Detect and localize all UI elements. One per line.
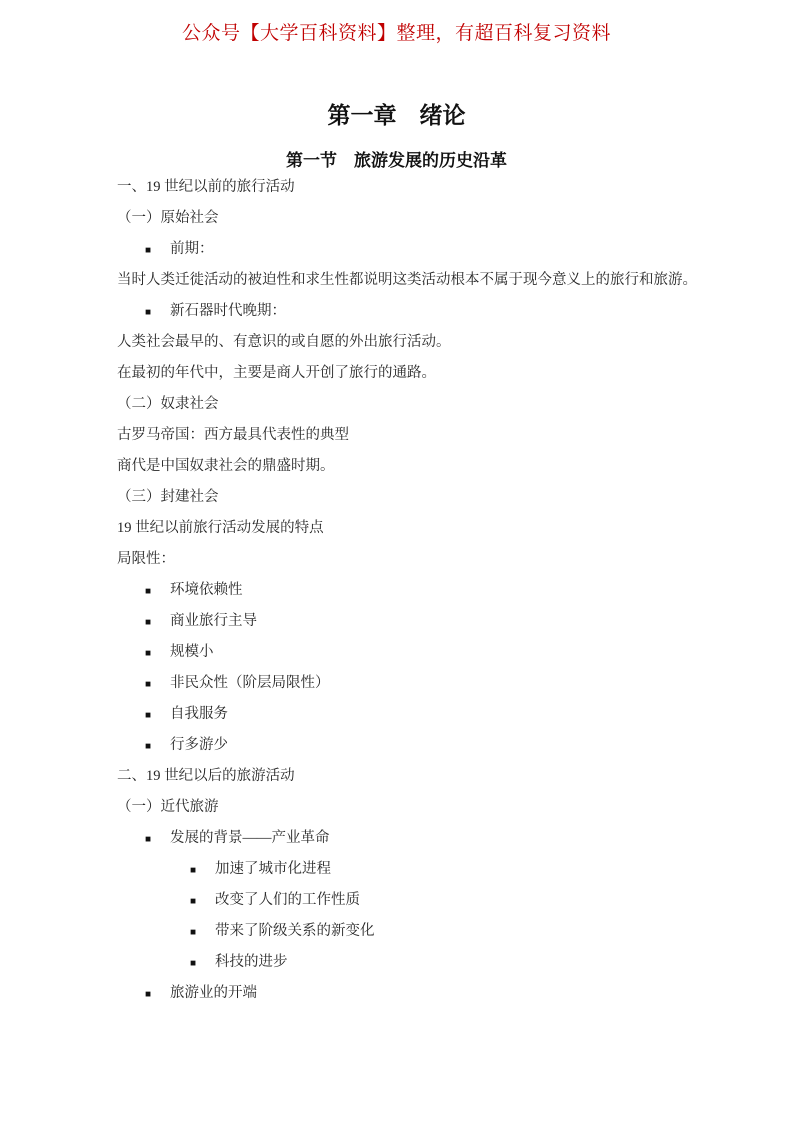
bullet-square-icon: ■ [145, 576, 170, 607]
line-text: 19 世纪以前旅行活动发展的特点 [117, 520, 324, 536]
section-title: 第一节 旅游发展的历史沿革 [0, 146, 793, 171]
bullet-square-icon: ■ [145, 235, 170, 266]
document-line: 在最初的年代中，主要是商人开创了旅行的通路。 [117, 358, 683, 389]
document-line: 古罗马帝国：西方最具代表性的典型 [117, 420, 683, 451]
line-text: 旅游业的开端 [170, 985, 257, 1001]
line-text: 发展的背景——产业革命 [170, 830, 330, 846]
bullet-square-icon: ■ [145, 669, 170, 700]
bullet-square-icon: ■ [145, 979, 170, 1010]
line-text: 非民众性（阶层局限性） [170, 675, 330, 691]
bullet-item: ■旅游业的开端 [117, 978, 683, 1009]
document-line: （一）原始社会 [117, 203, 683, 234]
line-text: （二）奴隶社会 [117, 396, 219, 412]
line-text: 当时人类迁徙活动的被迫性和求生性都说明这类活动根本不属于现今意义上的旅行和旅游。 [117, 272, 697, 288]
line-text: 行多游少 [170, 737, 228, 753]
document-line: 一、19 世纪以前的旅行活动 [117, 172, 683, 203]
bullet-square-icon: ■ [145, 824, 170, 855]
bullet-square-icon: ■ [145, 297, 170, 328]
line-text: 自我服务 [170, 706, 228, 722]
bullet-item: ■环境依赖性 [117, 575, 683, 606]
bullet-item: ■改变了人们的工作性质 [117, 885, 683, 916]
bullet-square-icon: ■ [190, 855, 215, 886]
bullet-square-icon: ■ [145, 638, 170, 669]
bullet-square-icon: ■ [145, 731, 170, 762]
line-text: 带来了阶级关系的新变化 [215, 923, 375, 939]
bullet-square-icon: ■ [145, 700, 170, 731]
document-line: 局限性： [117, 544, 683, 575]
document-line: （三）封建社会 [117, 482, 683, 513]
line-text: 商业旅行主导 [170, 613, 257, 629]
bullet-item: ■自我服务 [117, 699, 683, 730]
document-page: 公众号【大学百科资料】整理，有超百科复习资料 第一章 绪论 第一节 旅游发展的历… [0, 0, 793, 1122]
bullet-item: ■加速了城市化进程 [117, 854, 683, 885]
document-line: 当时人类迁徙活动的被迫性和求生性都说明这类活动根本不属于现今意义上的旅行和旅游。 [117, 265, 683, 296]
line-text: 在最初的年代中，主要是商人开创了旅行的通路。 [117, 365, 436, 381]
chapter-title: 第一章 绪论 [0, 97, 793, 130]
line-text: 规模小 [170, 644, 214, 660]
line-text: 新石器时代晚期： [170, 303, 286, 319]
line-text: 二、19 世纪以后的旅游活动 [117, 768, 295, 784]
masthead-text: 公众号【大学百科资料】整理，有超百科复习资料 [0, 18, 793, 45]
bullet-item: ■前期： [117, 234, 683, 265]
line-text: （一）原始社会 [117, 210, 219, 226]
bullet-item: ■科技的进步 [117, 947, 683, 978]
bullet-item: ■规模小 [117, 637, 683, 668]
line-text: 加速了城市化进程 [215, 861, 331, 877]
bullet-item: ■新石器时代晚期： [117, 296, 683, 327]
line-text: 局限性： [117, 551, 175, 567]
bullet-item: ■带来了阶级关系的新变化 [117, 916, 683, 947]
line-text: 人类社会最早的、有意识的或自愿的外出旅行活动。 [117, 334, 451, 350]
bullet-item: ■发展的背景——产业革命 [117, 823, 683, 854]
bullet-item: ■行多游少 [117, 730, 683, 761]
line-text: 环境依赖性 [170, 582, 243, 598]
line-text: 一、19 世纪以前的旅行活动 [117, 179, 295, 195]
document-line: 商代是中国奴隶社会的鼎盛时期。 [117, 451, 683, 482]
document-line: 19 世纪以前旅行活动发展的特点 [117, 513, 683, 544]
line-text: （三）封建社会 [117, 489, 219, 505]
line-text: 前期： [170, 241, 214, 257]
bullet-square-icon: ■ [190, 917, 215, 948]
line-text: 古罗马帝国：西方最具代表性的典型 [117, 427, 349, 443]
document-body: 一、19 世纪以前的旅行活动（一）原始社会■前期：当时人类迁徙活动的被迫性和求生… [117, 172, 683, 1009]
line-text: 商代是中国奴隶社会的鼎盛时期。 [117, 458, 335, 474]
line-text: 改变了人们的工作性质 [215, 892, 360, 908]
line-text: （一）近代旅游 [117, 799, 219, 815]
line-text: 科技的进步 [215, 954, 288, 970]
bullet-square-icon: ■ [190, 948, 215, 979]
document-line: （二）奴隶社会 [117, 389, 683, 420]
document-line: （一）近代旅游 [117, 792, 683, 823]
bullet-square-icon: ■ [145, 607, 170, 638]
document-line: 二、19 世纪以后的旅游活动 [117, 761, 683, 792]
bullet-square-icon: ■ [190, 886, 215, 917]
document-line: 人类社会最早的、有意识的或自愿的外出旅行活动。 [117, 327, 683, 358]
bullet-item: ■非民众性（阶层局限性） [117, 668, 683, 699]
bullet-item: ■商业旅行主导 [117, 606, 683, 637]
